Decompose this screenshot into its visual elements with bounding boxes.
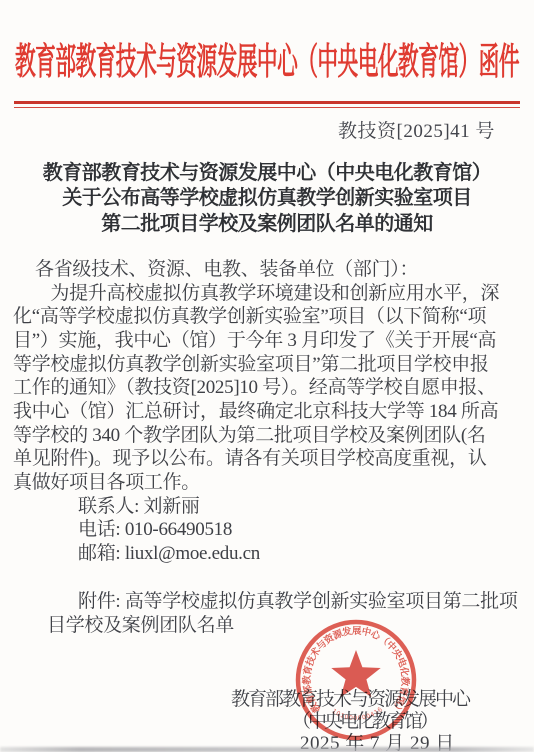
letterhead-title: 教育部教育技术与资源发展中心（中央电化教育馆）函件: [15, 31, 519, 85]
contact-name: 联系人: 刘新丽: [13, 495, 524, 519]
letter-body: 各省级技术、资源、电教、装备单位（部门）： 为提升高校虚拟仿真教学环境建设和创新…: [13, 258, 524, 566]
body-line: 化“高等学校虚拟仿真教学创新实验室”项目（以下简称“项: [13, 305, 524, 329]
letterhead: 教育部教育技术与资源发展中心（中央电化教育馆）函件: [0, 34, 534, 82]
document-number: 教技资[2025]41 号: [338, 116, 495, 143]
contact-phone: 电话: 010-66490518: [13, 518, 524, 542]
official-letter-page: 教育部教育技术与资源发展中心（中央电化教育馆）函件 教技资[2025]41 号 …: [0, 0, 534, 752]
body-line: 工作的通知》（教技资[2025]10 号）。经高等学校自愿申报、: [13, 376, 524, 400]
notice-title: 教育部教育技术与资源发展中心（中央电化教育馆） 关于公布高等学校虚拟仿真教学创新…: [0, 161, 534, 237]
body-line: 等学校的 340 个教学团队为第二批项目学校及案例团队(名: [13, 424, 524, 448]
attachment-line1: 附件: 高等学校虚拟仿真教学创新实验室项目第二批项: [13, 590, 528, 614]
scan-shadow: [0, 747, 534, 752]
letterhead-rule-thin: [14, 107, 520, 108]
body-line: 为提升高校虚拟仿真教学环境建设和创新应用水平，深: [13, 282, 524, 306]
body-line: 我中心（馆）汇总研讨，最终确定北京科技大学等 184 所高: [13, 400, 524, 424]
attachment-note: 附件: 高等学校虚拟仿真教学创新实验室项目第二批项 目学校及案例团队名单: [13, 590, 528, 637]
letterhead-rule-thick: [14, 101, 520, 104]
attachment-line2: 目学校及案例团队名单: [13, 614, 528, 638]
notice-title-line1: 教育部教育技术与资源发展中心（中央电化教育馆）: [0, 161, 534, 186]
notice-title-line2: 关于公布高等学校虚拟仿真教学创新实验室项目: [0, 186, 534, 211]
body-line: 等学校虚拟仿真教学创新实验室项目”第二批项目学校申报: [13, 353, 524, 377]
body-line: 目”）实施，我中心（馆）于今年 3 月印发了《关于开展“高: [13, 329, 524, 353]
salutation: 各省级技术、资源、电教、装备单位（部门）：: [13, 258, 524, 282]
notice-title-line3: 第二批项目学校及案例团队名单的通知: [0, 212, 534, 237]
body-line: 真做好项目各项工作。: [13, 471, 524, 495]
contact-email: 邮箱: liuxl@moe.edu.cn: [13, 542, 524, 566]
body-line: 单见附件)。现予以公布。请各有关项目学校高度重视，认: [13, 447, 524, 471]
